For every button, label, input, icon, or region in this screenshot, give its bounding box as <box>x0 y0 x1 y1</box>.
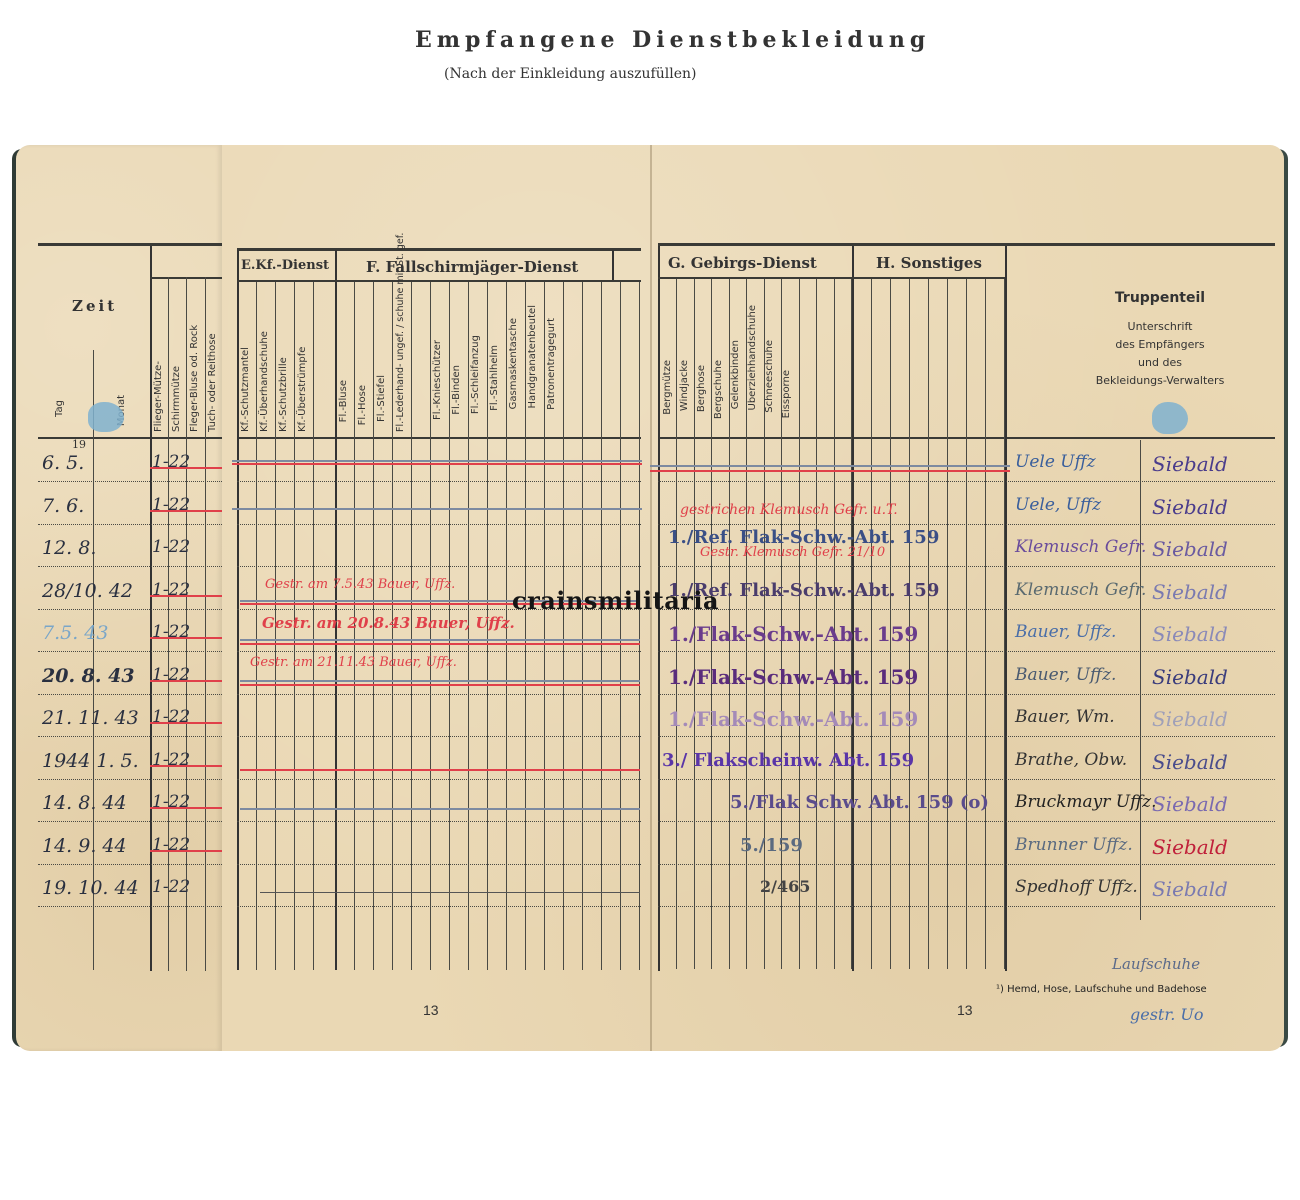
entry-items: 1-22 <box>152 835 190 855</box>
entry-date: 14. 8. 44 <box>42 792 127 814</box>
grid-col-line <box>985 279 986 969</box>
entry-unit-stamp: 3./ Flakscheinw. Abt. 159 <box>662 750 914 771</box>
strike-line <box>150 765 222 767</box>
grid-row-line <box>658 524 1275 525</box>
entry-items: 1-22 <box>152 495 190 515</box>
item-label: Überziehhandschuhe <box>747 305 758 410</box>
grid-row-line <box>237 821 641 822</box>
strike-line <box>232 463 642 465</box>
item-label: Fleger-Bluse od. Rock <box>189 290 200 432</box>
page-number-right: 13 <box>957 1002 973 1018</box>
entry-unit-stamp: 5./Flak Schw. Abt. 159 (o) <box>730 792 989 813</box>
page-number-left: 13 <box>423 1002 439 1018</box>
entry-unit-stamp: 5./159 <box>740 835 803 856</box>
truppenteil-line: Unterschrift <box>1060 320 1260 333</box>
body-rule <box>237 437 641 439</box>
grid-row-line <box>38 821 222 822</box>
entry-recipient-signature: Brunner Uffz. <box>1015 835 1133 855</box>
strike-line <box>150 722 222 724</box>
grid-col-line <box>525 282 526 970</box>
handwritten-note: Laufschuhe <box>1112 955 1200 973</box>
entry-date: 1944 1. 5. <box>42 750 139 772</box>
entry-recipient-signature: Klemusch Gefr. <box>1015 580 1146 600</box>
header-rule <box>658 243 1275 246</box>
entry-items: 1-22 <box>152 750 190 770</box>
grid-col-line <box>639 282 640 970</box>
grid-col-line <box>947 279 948 969</box>
grid-row-line <box>38 906 222 907</box>
col-line <box>205 277 206 971</box>
entry-date: 21. 11. 43 <box>42 707 139 729</box>
item-label: Fl.-Binden <box>451 365 462 415</box>
strike-line <box>150 807 222 809</box>
entry-verwalter-signature: Siebald <box>1152 707 1228 731</box>
item-label: Schirmmütze <box>171 300 182 432</box>
page-title: Empfangene Dienstbekleidung <box>415 27 930 53</box>
red-note: Gestr. am 21.11.43 Bauer, Uffz. <box>250 655 457 670</box>
section-h-header: H. Sonstiges <box>876 254 982 272</box>
entry-recipient-signature: Bauer, Uffz. <box>1015 622 1116 642</box>
grid-col-line <box>928 279 929 969</box>
truppenteil-line: Bekleidungs-Verwalters <box>1060 374 1260 387</box>
entry-items: 1-22 <box>152 622 190 642</box>
entry-items: 1-22 <box>152 877 190 897</box>
entry-items: 1-22 <box>152 665 190 685</box>
entry-date: 14. 9. 44 <box>42 835 127 857</box>
item-label: Windjacke <box>679 360 690 411</box>
grid-row-line <box>38 524 222 525</box>
body-rule <box>38 437 222 439</box>
entry-items: 1-22 <box>152 792 190 812</box>
col-line <box>237 250 239 970</box>
entry-date: 6. 5. <box>42 452 84 474</box>
tag-label: Tag <box>54 400 65 417</box>
strike-line <box>240 808 640 810</box>
item-label: Kf.-Überstrümpfe <box>297 310 308 432</box>
red-note: Gestr. am 7.5.43 Bauer, Uffz. <box>265 577 455 592</box>
item-label: Handgranatenbeutel <box>527 305 538 409</box>
grid-row-line <box>237 566 641 567</box>
strike-line <box>650 465 1010 467</box>
grid-row-line <box>38 609 222 610</box>
entry-recipient-signature: Klemusch Gefr. <box>1015 537 1146 557</box>
year-prefix: 19 <box>72 438 86 451</box>
item-label: Berghose <box>696 365 707 412</box>
entry-verwalter-signature: Siebald <box>1152 495 1228 519</box>
grid-row-line <box>38 864 222 865</box>
item-label: Fl.-Bluse <box>338 380 349 422</box>
red-unit-note: gestrichen Klemusch Gefr. u.T. <box>680 502 898 518</box>
header-rule <box>38 243 222 246</box>
grid-row-line <box>38 566 222 567</box>
grid-col-line <box>1004 279 1005 969</box>
entry-recipient-signature: Bruckmayr Uffz. <box>1015 792 1157 812</box>
entry-unit-stamp: 1./Flak-Schw.-Abt. 159 <box>668 665 918 689</box>
red-note: Gestr. am 20.8.43 Bauer, Uffz. <box>262 614 515 632</box>
strike-line <box>240 643 640 645</box>
item-label: Fl.-Hose <box>357 385 368 425</box>
watermark: crainsmilitaria <box>512 586 719 615</box>
section-e-header: E.Kf.-Dienst <box>241 258 329 273</box>
strike-line <box>240 769 640 771</box>
item-label: Fl.-Stahlhelm <box>489 345 500 411</box>
entry-date: 12. 8. <box>42 537 96 559</box>
page-subtitle: (Nach der Einkleidung auszufüllen) <box>444 66 696 82</box>
grid-row-line <box>237 524 641 525</box>
col-line <box>612 250 614 280</box>
grid-row-line <box>658 821 1275 822</box>
col-line <box>335 250 337 970</box>
item-label: Gasmaskentasche <box>508 318 519 409</box>
entry-date: 28/10. 42 <box>42 580 133 602</box>
item-label: Bergmütze <box>662 360 673 415</box>
grid-row-line <box>38 694 222 695</box>
grid-row-line <box>237 906 641 907</box>
grid-row-line <box>658 566 1275 567</box>
item-label: Eissporne <box>781 370 792 418</box>
strike-line <box>150 467 222 469</box>
entry-items: 1-22 <box>152 537 190 557</box>
entry-items: 1-22 <box>152 452 190 472</box>
truppenteil-line: und des <box>1060 356 1260 369</box>
item-label: Kf.-Überhandschuhe <box>259 305 270 432</box>
item-label: Patronentragegurt <box>546 318 557 410</box>
entry-recipient-signature: Bauer, Uffz. <box>1015 665 1116 685</box>
strike-line <box>150 637 222 639</box>
grid-col-line <box>620 282 621 970</box>
grid-col-line <box>544 282 545 970</box>
entry-verwalter-signature: Siebald <box>1152 750 1228 774</box>
entry-unit-stamp: 1./Flak-Schw.-Abt. 159 <box>668 707 918 731</box>
ink-blot <box>88 402 124 432</box>
header-rule <box>237 248 641 251</box>
entry-verwalter-signature: Siebald <box>1152 665 1228 689</box>
strike-line <box>232 460 642 462</box>
strike-line <box>650 470 1010 472</box>
zeit-header: Zeit <box>72 297 117 315</box>
grid-row-line <box>658 736 1275 737</box>
entry-date: 20. 8. 43 <box>42 665 135 687</box>
item-label: Schneeschuhe <box>764 340 775 413</box>
grid-row-line <box>658 651 1275 652</box>
grid-row-line <box>658 779 1275 780</box>
strike-line <box>240 684 640 686</box>
entry-verwalter-signature: Siebald <box>1152 537 1228 561</box>
item-label: Bergschuhe <box>713 360 724 419</box>
entry-verwalter-signature: Siebald <box>1152 835 1228 859</box>
grid-row-line <box>38 651 222 652</box>
grid-col-line <box>582 282 583 970</box>
grid-row-line <box>658 694 1275 695</box>
strike-line <box>150 680 222 682</box>
strike-line <box>260 892 640 893</box>
item-label: Fl.-Schleifanzug <box>470 335 481 414</box>
grid-row-line <box>658 906 1275 907</box>
entry-date: 7.5. 43 <box>42 622 108 644</box>
entry-verwalter-signature: Siebald <box>1152 877 1228 901</box>
item-label: Gelenkbinden <box>730 340 741 409</box>
entry-recipient-signature: Uele Uffz <box>1015 452 1096 472</box>
entry-verwalter-signature: Siebald <box>1152 622 1228 646</box>
grid-row-line <box>237 779 641 780</box>
entry-items: 1-22 <box>152 707 190 727</box>
item-label: Flieger-Mütze- <box>153 300 164 432</box>
section-subrule <box>237 280 641 282</box>
grid-row-line <box>237 864 641 865</box>
grid-row-line <box>38 736 222 737</box>
entry-items: 1-22 <box>152 580 190 600</box>
footnote: ¹) Hemd, Hose, Laufschuhe und Badehose <box>996 984 1207 995</box>
strike-line <box>240 639 640 641</box>
entry-recipient-signature: Bauer, Wm. <box>1015 707 1115 727</box>
grid-col-line <box>966 279 967 969</box>
entry-unit-stamp: 2/465 <box>760 877 810 896</box>
strike-line <box>150 850 222 852</box>
grid-row-line <box>658 864 1275 865</box>
item-label: Kf.-Schutzmantel <box>240 320 251 432</box>
grid-col-line <box>563 282 564 970</box>
grid-row-line <box>38 481 222 482</box>
strike-line <box>232 508 642 510</box>
grid-row-line <box>237 481 641 482</box>
grid-row-line <box>38 779 222 780</box>
strike-line <box>240 680 640 682</box>
entry-date: 19. 10. 44 <box>42 877 139 899</box>
strike-line <box>150 595 222 597</box>
grid-row-line <box>237 736 641 737</box>
entry-recipient-signature: Spedhoff Uffz. <box>1015 877 1138 897</box>
ink-blot <box>1152 402 1188 434</box>
grid-col-line <box>256 282 257 970</box>
entry-date: 7. 6. <box>42 495 84 517</box>
strike-line <box>150 510 222 512</box>
item-label: Fl.-Knieschützer <box>432 340 443 420</box>
grid-row-line <box>658 481 1275 482</box>
entry-verwalter-signature: Siebald <box>1152 580 1228 604</box>
entry-verwalter-signature: Siebald <box>1152 792 1228 816</box>
item-label: Fl.-Lederhand- ungef. / schuhe mit St. g… <box>395 300 406 432</box>
entry-recipient-signature: Uele, Uffz <box>1015 495 1101 515</box>
item-label: Tuch- oder Reithose <box>207 290 218 432</box>
section-g-header: G. Gebirgs-Dienst <box>668 254 817 272</box>
entry-unit-stamp: 1./Flak-Schw.-Abt. 159 <box>668 622 918 646</box>
entry-recipient-signature: Brathe, Obw. <box>1015 750 1127 770</box>
truppenteil-line: des Empfängers <box>1060 338 1260 351</box>
grid-row-line <box>237 651 641 652</box>
item-label: Kf.-Schutzbrille <box>278 320 289 432</box>
entry-verwalter-signature: Siebald <box>1152 452 1228 476</box>
item-label: Fl.-Stiefel <box>376 375 387 422</box>
signature-divider <box>1140 440 1141 920</box>
grid-row-line <box>658 609 1275 610</box>
grid-row-line <box>237 694 641 695</box>
grid-col-line <box>601 282 602 970</box>
entry-unit-stamp: 1./Ref. Flak-Schw.-Abt. 159 <box>668 527 939 548</box>
handwritten-note: gestr. Uo <box>1130 1005 1204 1024</box>
truppenteil-header: Truppenteil <box>1060 290 1260 306</box>
